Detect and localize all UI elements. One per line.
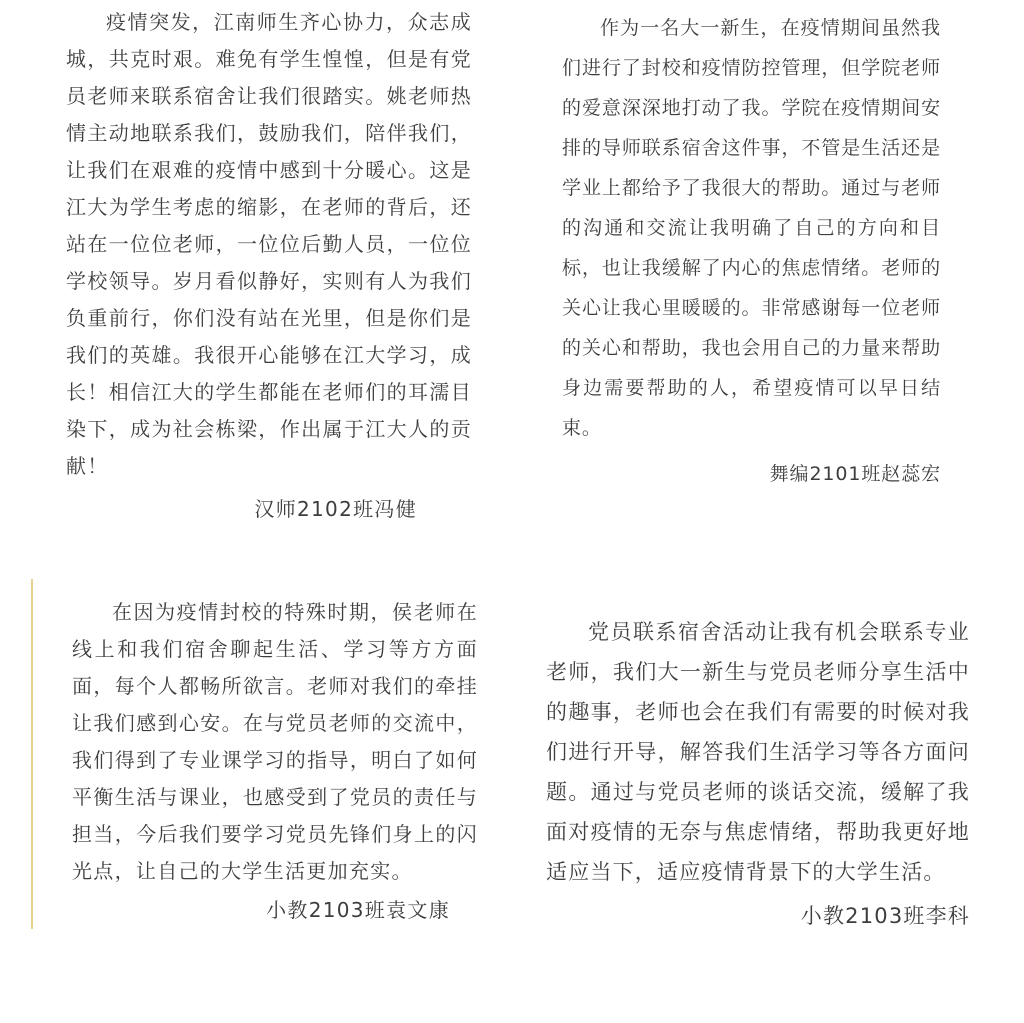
testimonial-text: 疫情突发，江南师生齐心协力，众志成城，共克时艰。难免有学生惶惶，但是有党员老师来… (66, 4, 472, 485)
testimonial-text: 在因为疫情封校的特殊时期，侯老师在线上和我们宿舍聊起生活、学习等方方面面，每个人… (72, 594, 478, 890)
testimonial-text: 作为一名大一新生，在疫情期间虽然我们进行了封校和疫情防控管理，但学院老师的爱意深… (562, 8, 941, 448)
article-page: 疫情突发，江南师生齐心协力，众志成城，共克时艰。难免有学生惶惶，但是有党员老师来… (0, 0, 1024, 1023)
testimonial-bottom-right: 党员联系宿舍活动让我有机会联系专业老师，我们大一新生与党员老师分享生活中的趣事，… (546, 612, 970, 936)
testimonial-signature: 汉师2102班冯健 (66, 491, 472, 528)
testimonial-signature: 小教2103班袁文康 (72, 892, 478, 929)
testimonial-signature: 小教2103班李科 (546, 896, 970, 936)
testimonial-top-left: 疫情突发，江南师生齐心协力，众志成城，共克时艰。难免有学生惶惶，但是有党员老师来… (66, 4, 472, 528)
testimonial-text: 党员联系宿舍活动让我有机会联系专业老师，我们大一新生与党员老师分享生活中的趣事，… (546, 612, 970, 892)
left-accent-rule (31, 579, 33, 929)
testimonial-bottom-left: 在因为疫情封校的特殊时期，侯老师在线上和我们宿舍聊起生活、学习等方方面面，每个人… (72, 594, 478, 929)
testimonial-top-right: 作为一名大一新生，在疫情期间虽然我们进行了封校和疫情防控管理，但学院老师的爱意深… (562, 8, 941, 494)
testimonial-signature: 舞编2101班赵蕊宏 (562, 454, 941, 494)
